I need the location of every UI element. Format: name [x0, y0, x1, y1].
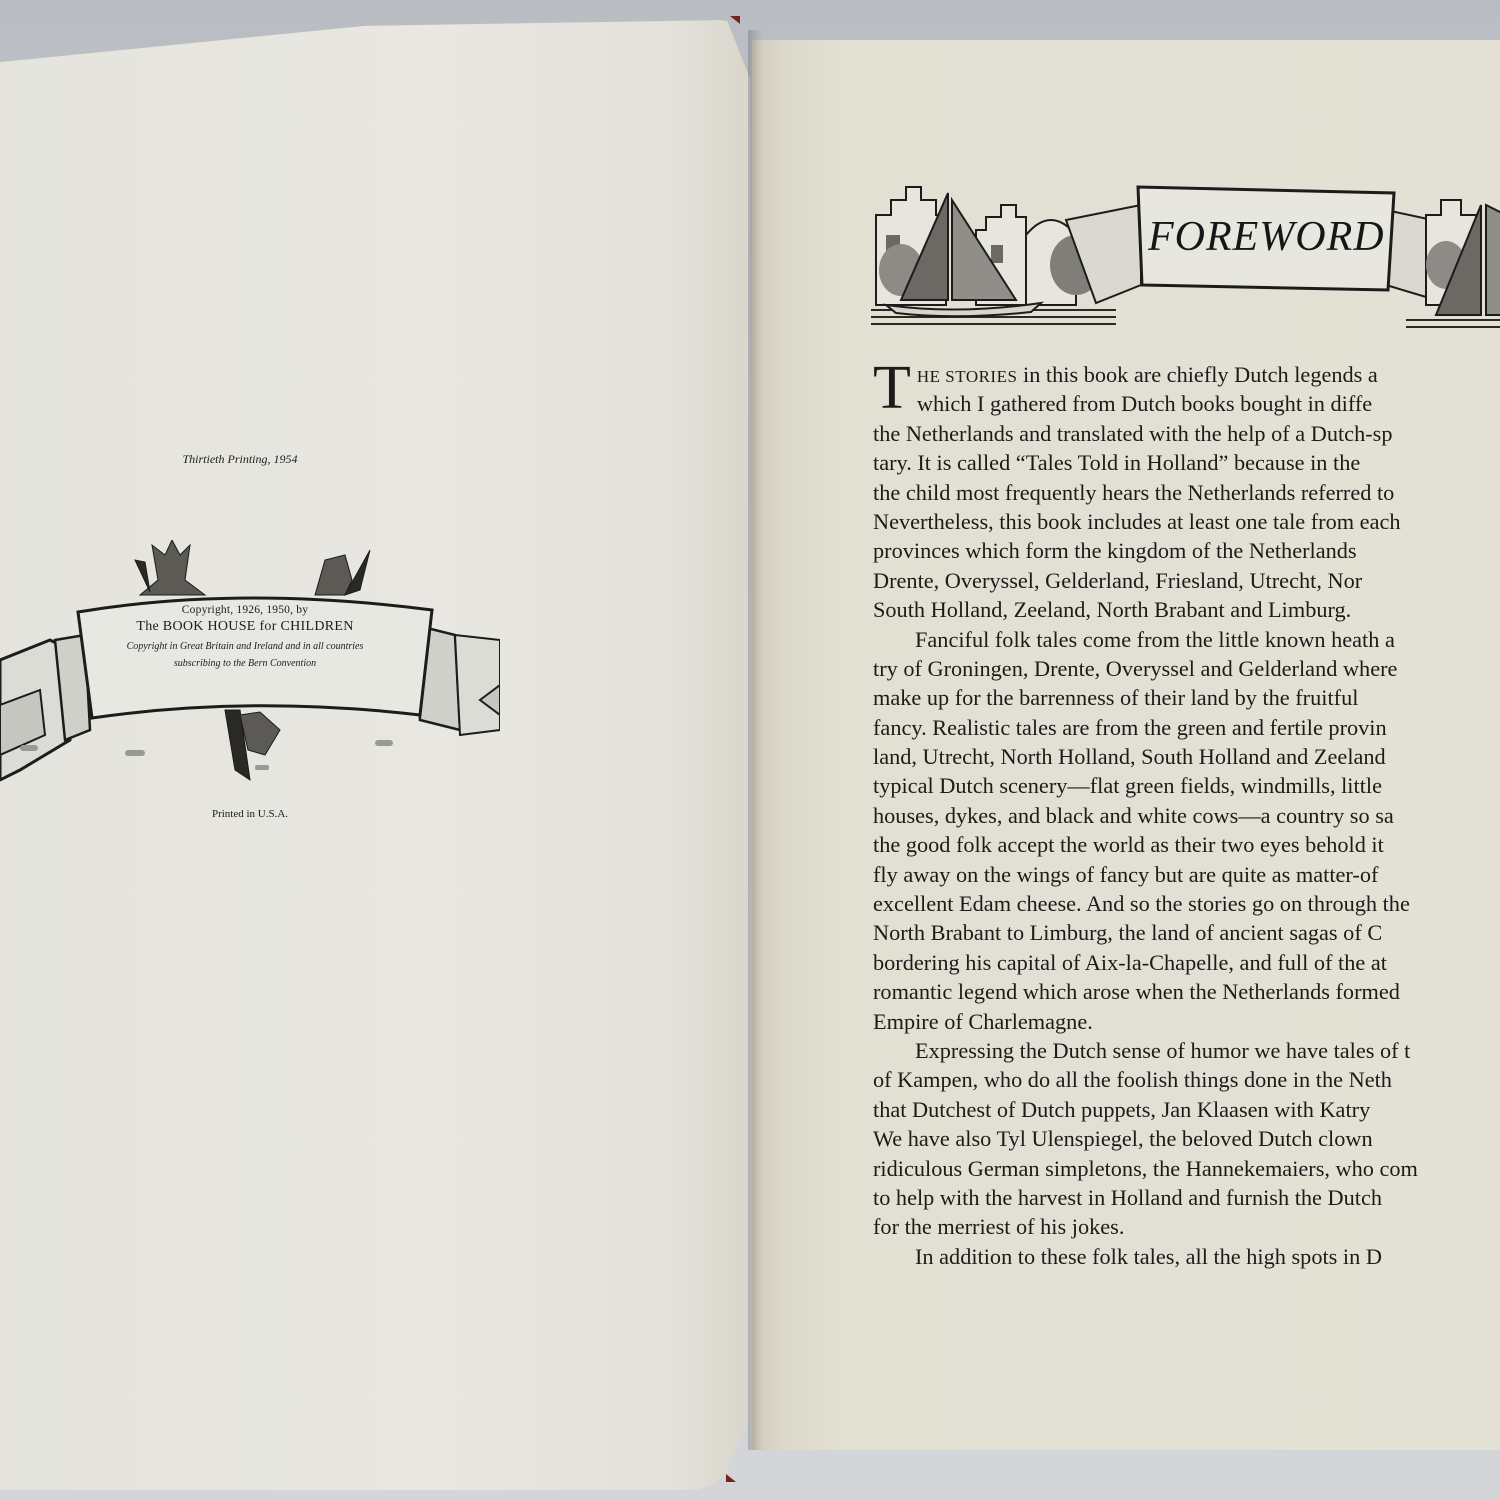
text-line: which I gathered from Dutch books bought…	[873, 389, 1500, 418]
text-line: Drente, Overyssel, Gelderland, Friesland…	[873, 566, 1500, 595]
foreword-heading: FOREWORD	[1148, 213, 1378, 261]
text-line: Nevertheless, this book includes at leas…	[873, 507, 1500, 536]
text-line: the child most frequently hears the Neth…	[873, 478, 1500, 507]
printing-edition: Thirtieth Printing, 1954	[0, 452, 480, 467]
text-line: land, Utrecht, North Holland, South Holl…	[873, 742, 1500, 771]
printed-in-notice: Printed in U.S.A.	[0, 808, 500, 820]
text-line: of Kampen, who do all the foolish things…	[873, 1065, 1500, 1094]
text-line: typical Dutch scenery—flat green fields,…	[873, 771, 1500, 800]
text-line: the Netherlands and translated with the …	[873, 419, 1500, 448]
text-line: bordering his capital of Aix-la-Chapelle…	[873, 948, 1500, 977]
foreword-header-ornament: FOREWORD	[866, 175, 1500, 335]
text-line: HE STORIES in this book are chiefly Dutc…	[873, 360, 1500, 389]
text-line: romantic legend which arose when the Net…	[873, 977, 1500, 1006]
colophon-text: Copyright, 1926, 1950, by The BOOK HOUSE…	[75, 604, 415, 669]
text-line: provinces which form the kingdom of the …	[873, 536, 1500, 565]
text-line: fancy. Realistic tales are from the gree…	[873, 713, 1500, 742]
foreword-body: T HE STORIES in this book are chiefly Du…	[873, 360, 1500, 1271]
cover-corner-bottom	[726, 1474, 736, 1482]
text-line: make up for the barrenness of their land…	[873, 683, 1500, 712]
text-line: In addition to these folk tales, all the…	[873, 1242, 1500, 1271]
text-line: tary. It is called “Tales Told in Hollan…	[873, 448, 1500, 477]
text-line: We have also Tyl Ulenspiegel, the belove…	[873, 1124, 1500, 1153]
text-line: Empire of Charlemagne.	[873, 1007, 1500, 1036]
drop-cap: T	[873, 362, 911, 414]
text-line: ridiculous German simpletons, the Hannek…	[873, 1154, 1500, 1183]
text-line: Fanciful folk tales come from the little…	[873, 625, 1500, 654]
text-line: that Dutchest of Dutch puppets, Jan Klaa…	[873, 1095, 1500, 1124]
text-line: the good folk accept the world as their …	[873, 830, 1500, 859]
copyright-notice: Copyright, 1926, 1950, by	[75, 604, 415, 616]
colophon-ornament: Copyright, 1926, 1950, by The BOOK HOUSE…	[0, 540, 500, 800]
text-line: excellent Edam cheese. And so the storie…	[873, 889, 1500, 918]
text-line: houses, dykes, and black and white cows—…	[873, 801, 1500, 830]
text-line: fly away on the wings of fancy but are q…	[873, 860, 1500, 889]
international-copyright-2: subscribing to the Bern Convention	[75, 658, 415, 669]
text-line: North Brabant to Limburg, the land of an…	[873, 918, 1500, 947]
text-line: South Holland, Zeeland, North Brabant an…	[873, 595, 1500, 624]
text-line: to help with the harvest in Holland and …	[873, 1183, 1500, 1212]
text-line: try of Groningen, Drente, Overyssel and …	[873, 654, 1500, 683]
text-line: for the merriest of his jokes.	[873, 1212, 1500, 1241]
text-line: Expressing the Dutch sense of humor we h…	[873, 1036, 1500, 1065]
tulip-ribbon-icon	[0, 540, 500, 800]
book-gutter	[748, 30, 762, 1450]
publisher-name: The BOOK HOUSE for CHILDREN	[75, 619, 415, 635]
cover-corner-top	[730, 16, 740, 24]
international-copyright-1: Copyright in Great Britain and Ireland a…	[75, 641, 415, 652]
